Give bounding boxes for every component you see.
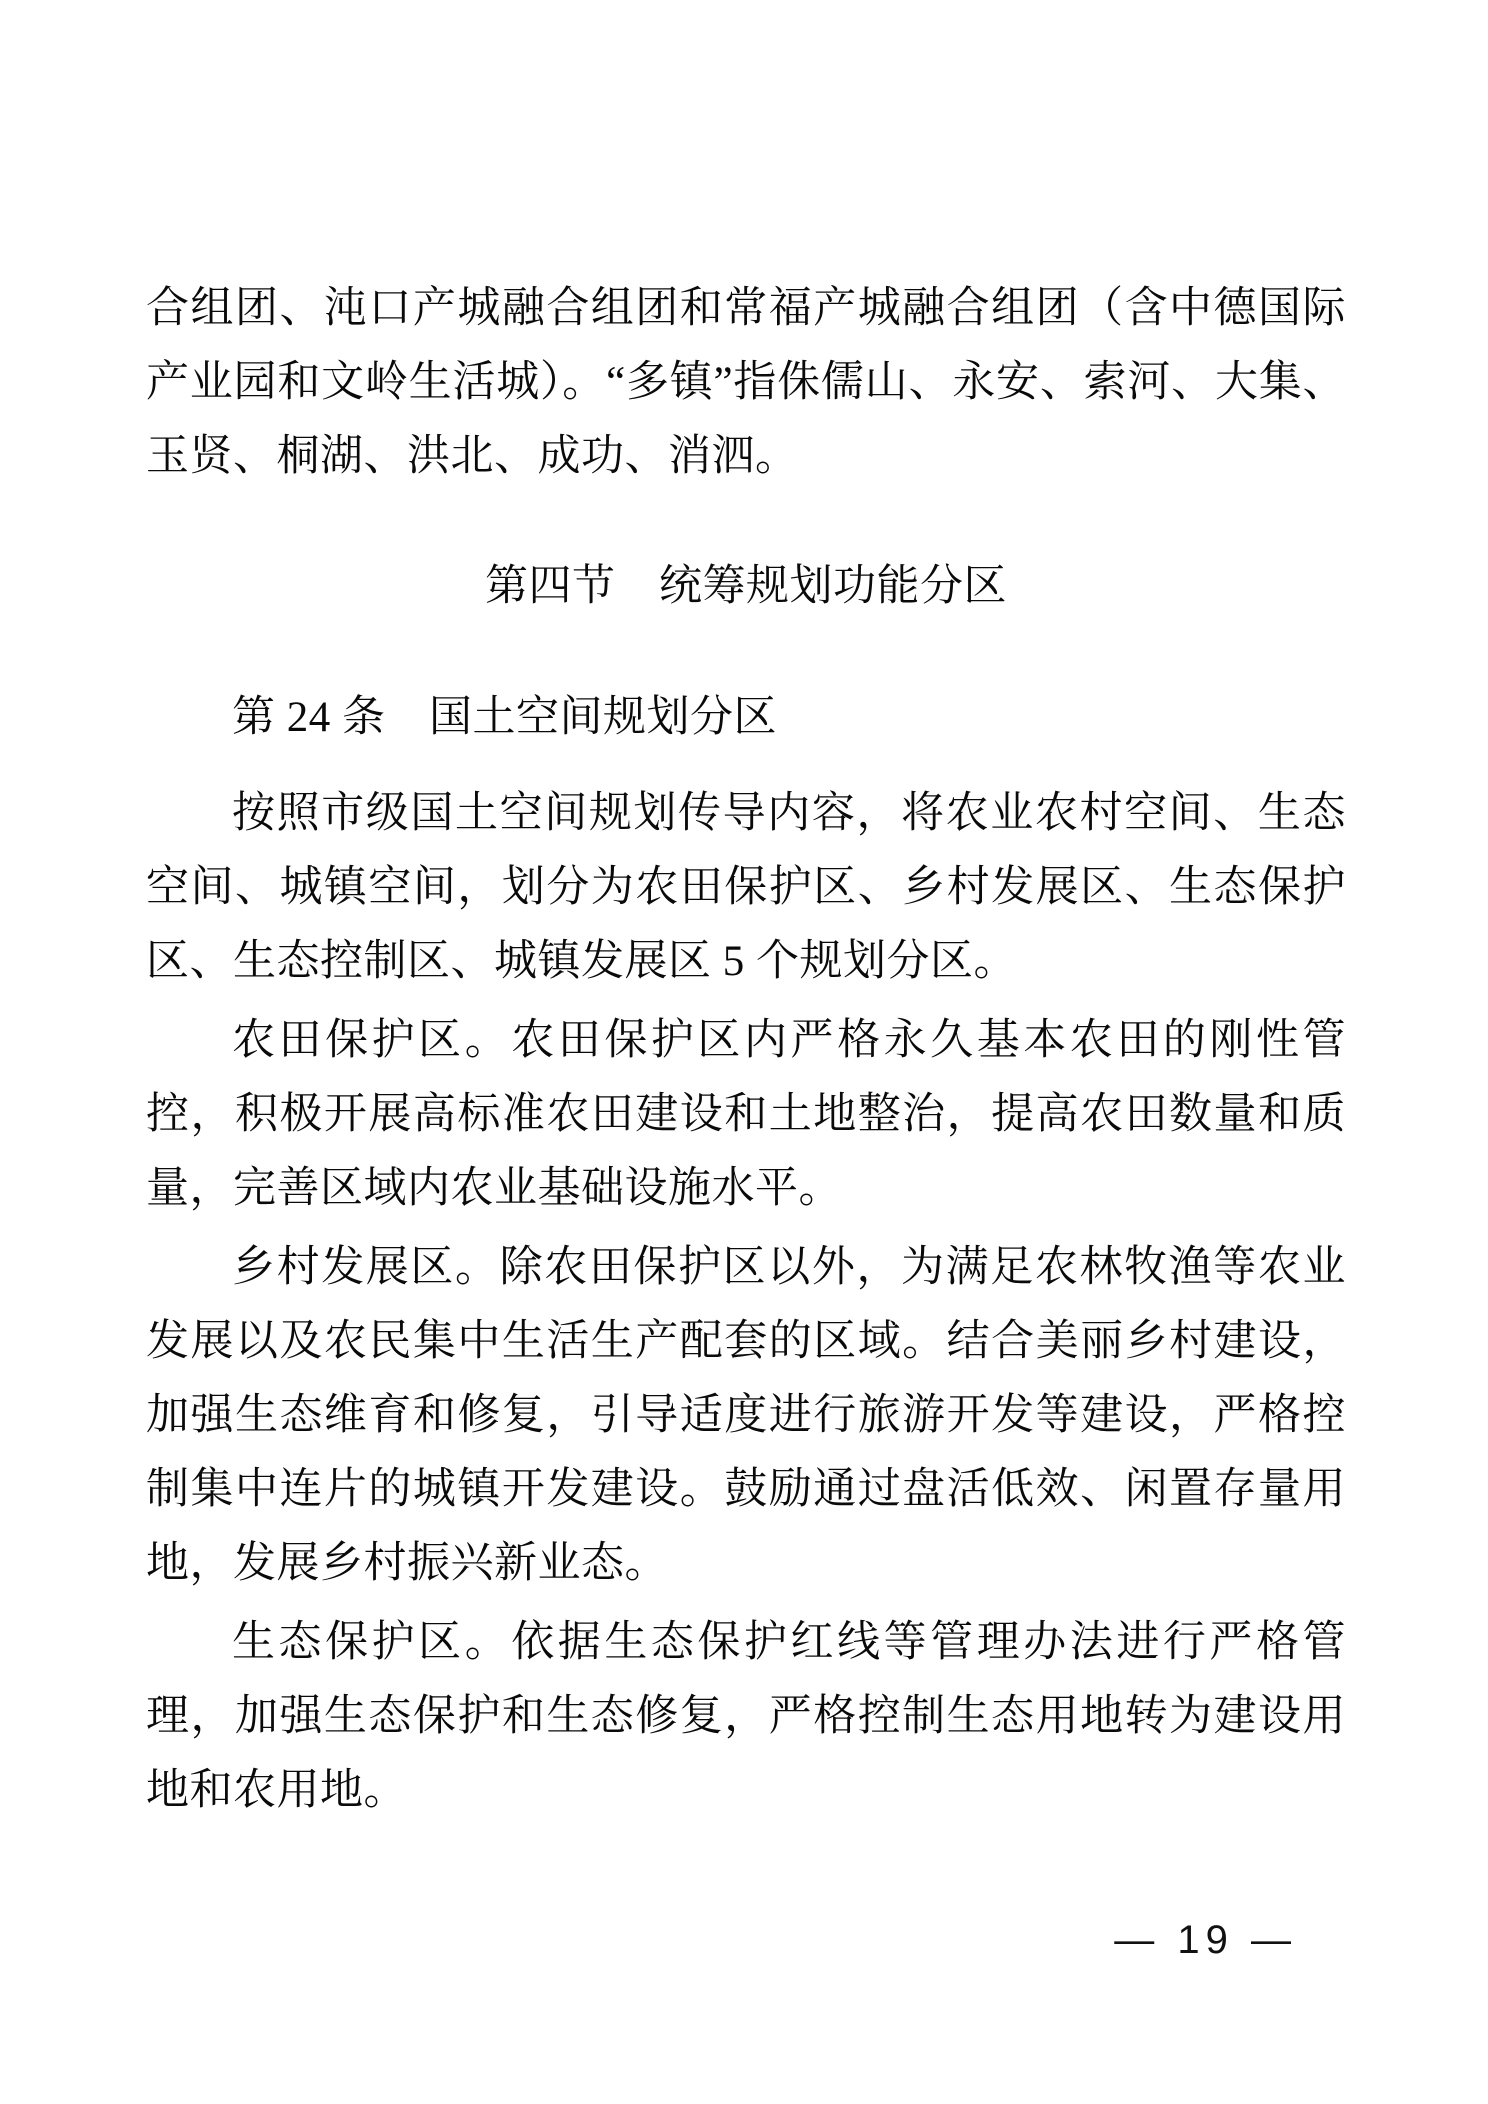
page-body: 合组团、沌口产城融合组团和常福产城融合组团（含中德国际产业园和文岭生活城）。“多… <box>146 272 1346 1828</box>
body-paragraph: 农田保护区。农田保护区内严格永久基本农田的刚性管控，积极开展高标准农田建设和土地… <box>146 1004 1346 1226</box>
page-number: — 19 — <box>1114 1916 1297 1964</box>
body-paragraph: 生态保护区。依据生态保护红线等管理办法进行严格管理，加强生态保护和生态修复，严格… <box>146 1606 1346 1828</box>
section-heading: 第四节 统筹规划功能分区 <box>146 550 1346 624</box>
body-paragraph: 乡村发展区。除农田保护区以外，为满足农林牧渔等农业发展以及农民集中生活生产配套的… <box>146 1231 1346 1601</box>
continuation-paragraph: 合组团、沌口产城融合组团和常福产城融合组团（含中德国际产业园和文岭生活城）。“多… <box>146 272 1346 494</box>
body-paragraph: 按照市级国土空间规划传导内容，将农业农村空间、生态空间、城镇空间，划分为农田保护… <box>146 777 1346 999</box>
document-page: 合组团、沌口产城融合组团和常福产城融合组团（含中德国际产业园和文岭生活城）。“多… <box>0 0 1488 2104</box>
article-heading: 第 24 条 国土空间规划分区 <box>146 681 1346 755</box>
